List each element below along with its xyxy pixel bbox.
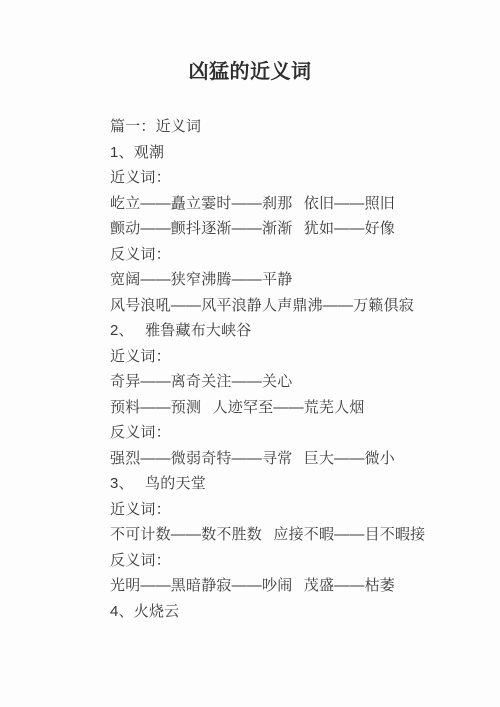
doc-line-synonyms-label: 近义词： <box>110 165 464 191</box>
doc-line-lesson-3-title: 3、 鸟的天堂 <box>110 471 464 497</box>
doc-line-antonym-pairs: 风号浪吼——风平浪静人声鼎沸——万籁俱寂 <box>110 293 464 319</box>
doc-line-lesson-2-title: 2、 雅鲁藏布大峡谷 <box>110 318 464 344</box>
doc-line-synonym-pairs: 屹立——矗立霎时——刹那 依旧——照旧 <box>110 191 464 217</box>
doc-line-synonym-pairs: 颤动——颤抖逐渐——渐渐 犹如——好像 <box>110 216 464 242</box>
doc-line-synonym-pairs: 不可计数——数不胜数 应接不暇——目不暇接 <box>110 522 464 548</box>
doc-line-antonyms-label: 反义词： <box>110 242 464 268</box>
document-body: 篇一：近义词 1、观潮 近义词： 屹立——矗立霎时——刹那 依旧——照旧 颤动—… <box>110 114 464 624</box>
document-page: 凶猛的近义词 篇一：近义词 1、观潮 近义词： 屹立——矗立霎时——刹那 依旧—… <box>0 0 500 707</box>
doc-line-lesson-1-title: 1、观潮 <box>110 140 464 166</box>
doc-line-synonym-pairs: 预料——预测 人迹罕至——荒芜人烟 <box>110 395 464 421</box>
doc-line-section-heading: 篇一：近义词 <box>110 114 464 140</box>
page-title: 凶猛的近义词 <box>0 0 500 83</box>
doc-line-lesson-4-title: 4、火烧云 <box>110 599 464 625</box>
doc-line-synonym-pairs: 奇异——离奇关注——关心 <box>110 369 464 395</box>
doc-line-antonyms-label: 反义词： <box>110 420 464 446</box>
doc-line-antonyms-label: 反义词： <box>110 548 464 574</box>
doc-line-synonyms-label: 近义词： <box>110 497 464 523</box>
doc-line-antonym-pairs: 宽阔——狭窄沸腾——平静 <box>110 267 464 293</box>
doc-line-antonym-pairs: 光明——黑暗静寂——吵闹 茂盛——枯萎 <box>110 573 464 599</box>
doc-line-antonym-pairs: 强烈——微弱奇特——寻常 巨大——微小 <box>110 446 464 472</box>
doc-line-synonyms-label: 近义词： <box>110 344 464 370</box>
